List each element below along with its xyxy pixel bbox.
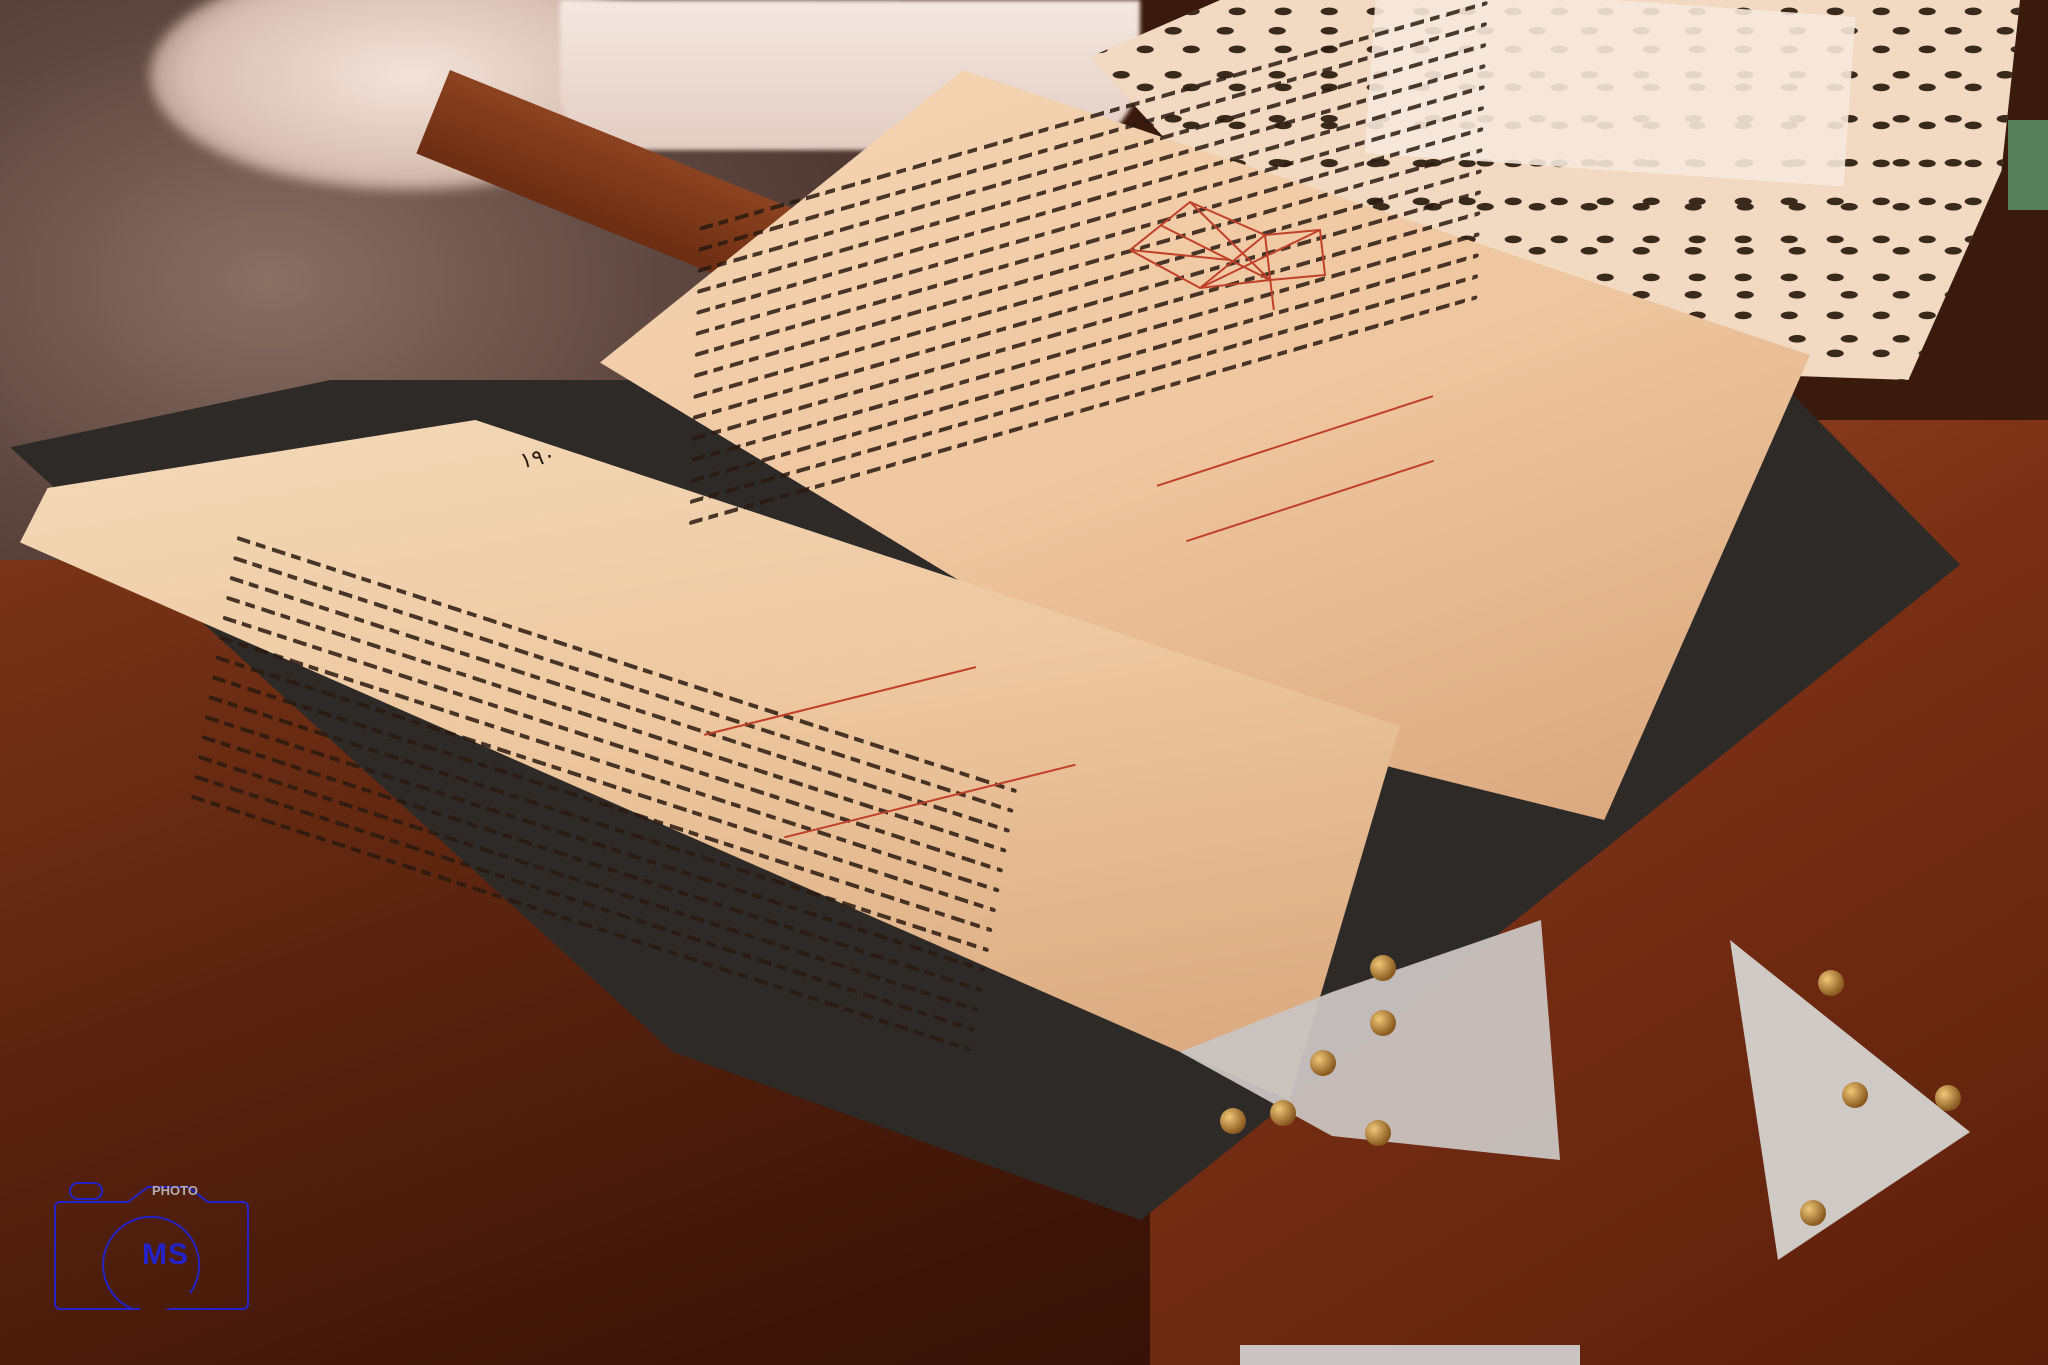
watermark-initials: MS xyxy=(142,1238,189,1272)
brass-rivet xyxy=(1842,1082,1868,1108)
brass-rivet xyxy=(1270,1100,1296,1126)
green-background-edge xyxy=(2008,120,2048,210)
geometric-diagram xyxy=(1120,180,1340,310)
watermark-photo-label: PHOTO xyxy=(152,1183,198,1198)
brass-rivet xyxy=(1370,1010,1396,1036)
metal-strip xyxy=(1240,1345,1580,1365)
photographer-watermark: PHOTO MS xyxy=(50,1175,250,1310)
brass-rivet xyxy=(1935,1085,1961,1111)
brass-rivet xyxy=(1370,955,1396,981)
brass-rivet xyxy=(1800,1200,1826,1226)
brass-rivet xyxy=(1310,1050,1336,1076)
brass-rivet xyxy=(1365,1120,1391,1146)
photo-scene: ١٩٠ PHOTO MS xyxy=(0,0,2048,1365)
brass-rivet xyxy=(1220,1108,1246,1134)
brass-rivet xyxy=(1818,970,1844,996)
